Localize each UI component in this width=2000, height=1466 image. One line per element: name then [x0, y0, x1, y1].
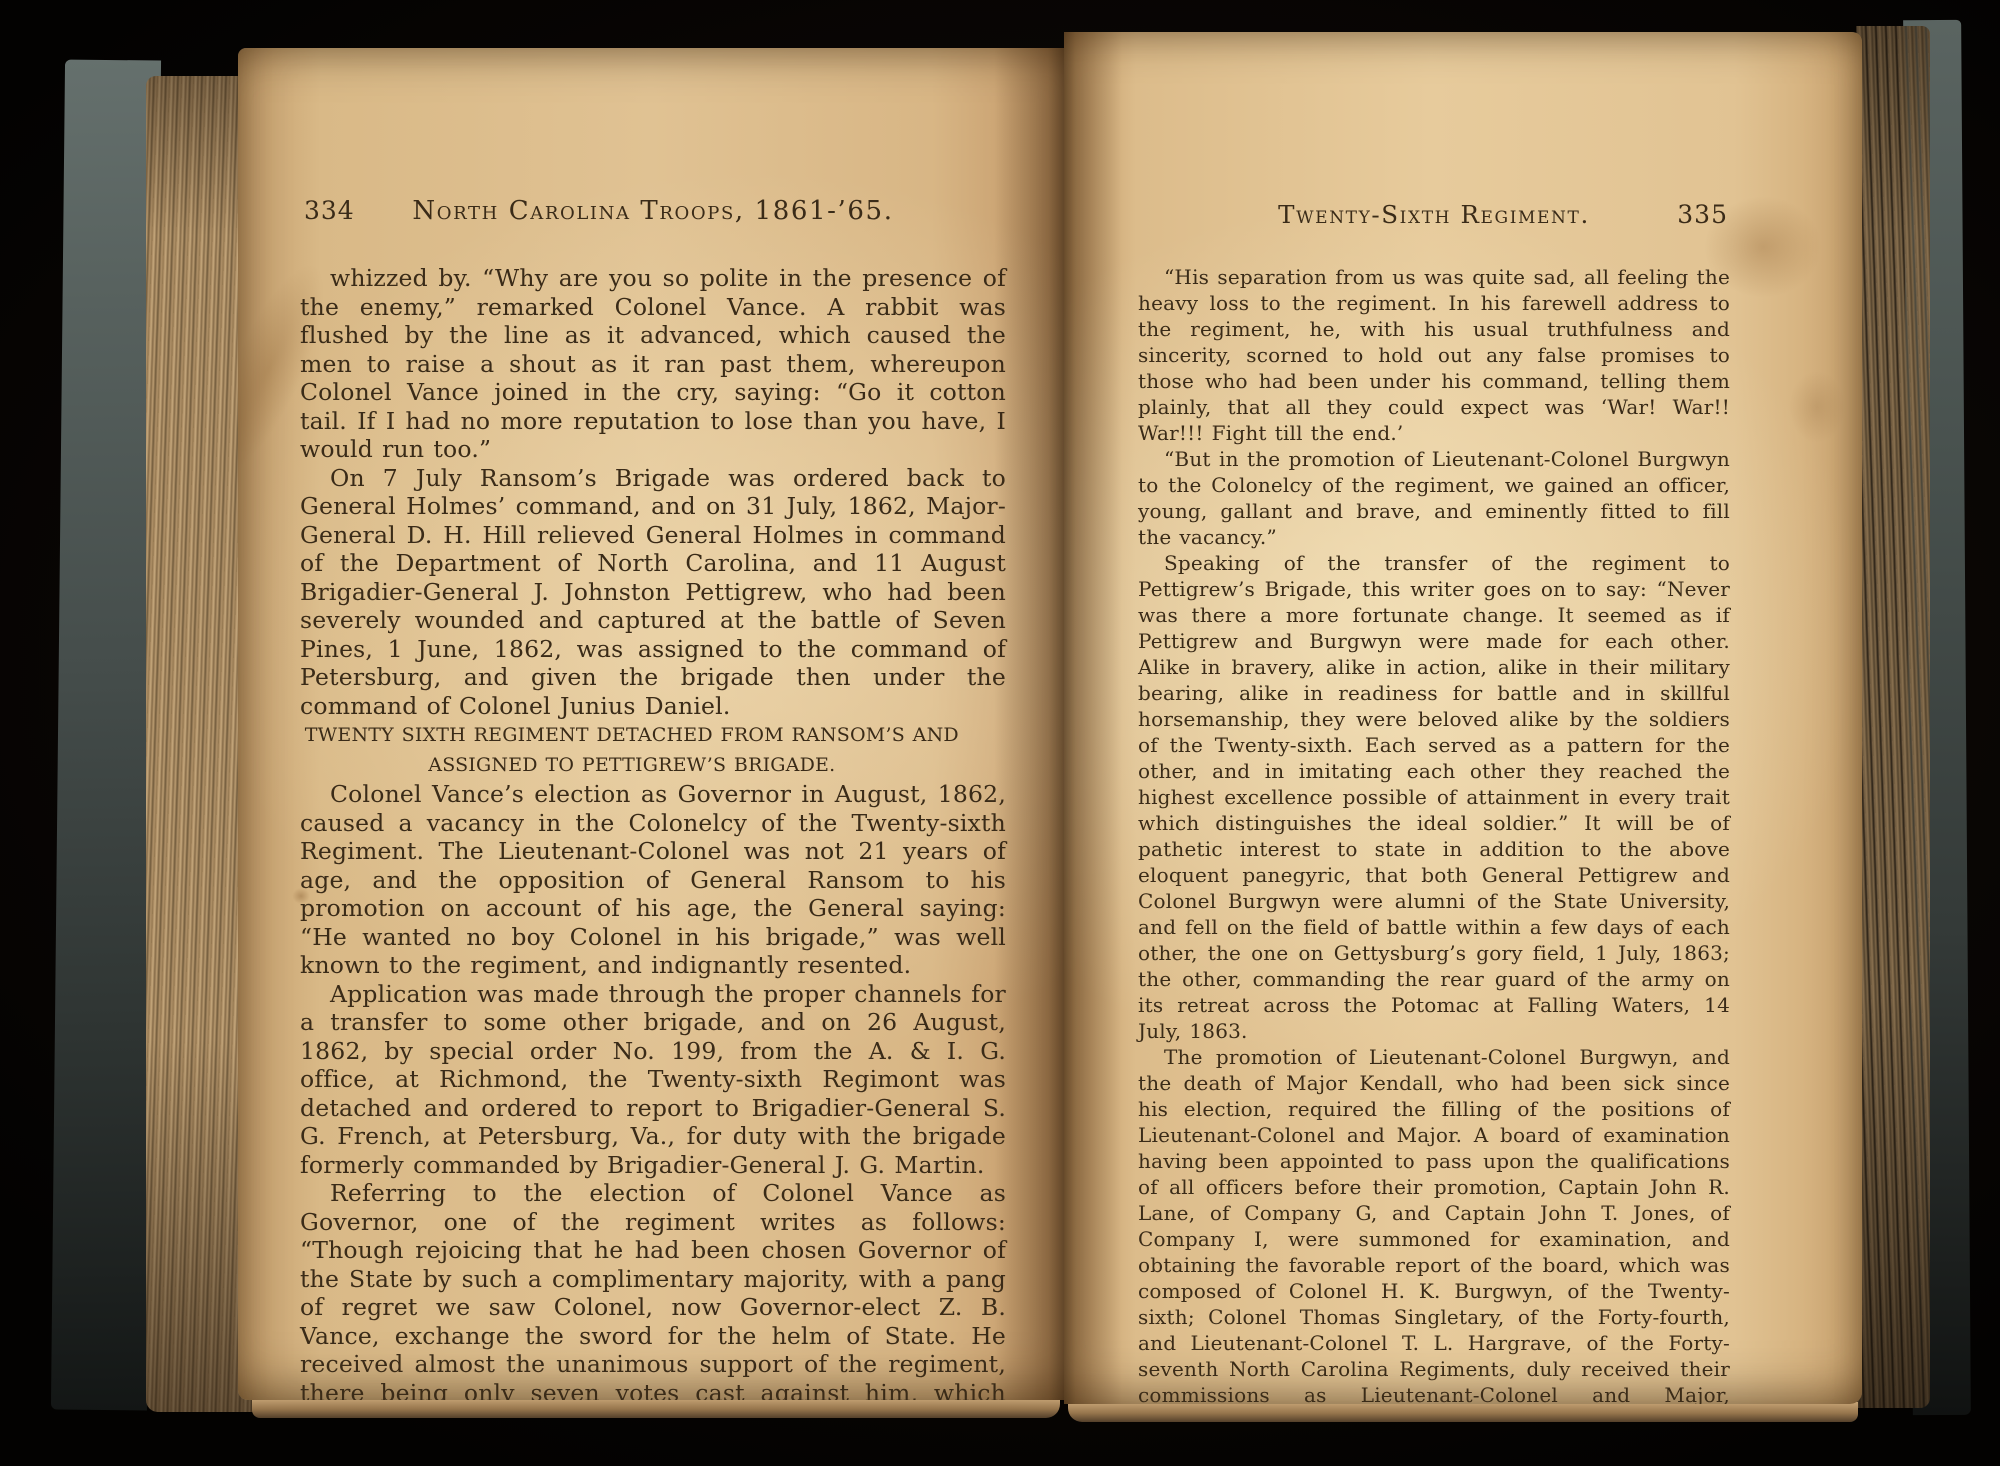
left-page: 334 North Carolina Troops, 1861-’65. whi… [238, 48, 1064, 1400]
paper-stain [1782, 362, 1852, 452]
section-heading: TWENTY SIXTH REGIMENT DETACHED FROM RANS… [300, 720, 964, 780]
paragraph: Application was made through the proper … [300, 980, 1006, 1180]
paragraph: Referring to the election of Colonel Van… [300, 1179, 1006, 1400]
paragraph: Colonel Vance’s election as Governor in … [300, 780, 1006, 980]
left-body-copy: whizzed by. “Why are you so polite in th… [300, 264, 1006, 1400]
paragraph: whizzed by. “Why are you so polite in th… [300, 264, 1006, 464]
right-running-head: Twenty-Sixth Regiment. 335 [1138, 200, 1730, 234]
paragraph: “But in the promotion of Lieutenant-Colo… [1138, 446, 1730, 550]
page-bottom-edge-right [1068, 1402, 1858, 1422]
paragraph: Speaking of the transfer of the regiment… [1138, 550, 1730, 1044]
left-page-text: 334 North Carolina Troops, 1861-’65. whi… [300, 196, 1006, 1400]
page-edges-right-stack [1856, 26, 1930, 1408]
left-running-header-title: North Carolina Troops, 1861-’65. [412, 196, 893, 226]
paragraph: The promotion of Lieutenant-Colonel Burg… [1138, 1044, 1730, 1404]
right-body-copy: “His separation from us was quite sad, a… [1138, 264, 1730, 1404]
right-running-header-title: Twenty-Sixth Regiment. [1278, 200, 1590, 229]
paragraph: “His separation from us was quite sad, a… [1138, 264, 1730, 446]
left-running-head: 334 North Carolina Troops, 1861-’65. [300, 196, 1006, 230]
left-page-number: 334 [304, 196, 355, 225]
book-cover-left-edge [51, 60, 161, 1411]
paragraph: On 7 July Ransom’s Brigade was ordered b… [300, 464, 1006, 721]
right-page-text: Twenty-Sixth Regiment. 335 “His separati… [1138, 200, 1730, 1404]
right-page: Twenty-Sixth Regiment. 335 “His separati… [1064, 32, 1862, 1404]
page-bottom-edge-left [252, 1398, 1060, 1418]
right-page-number: 335 [1677, 200, 1728, 229]
